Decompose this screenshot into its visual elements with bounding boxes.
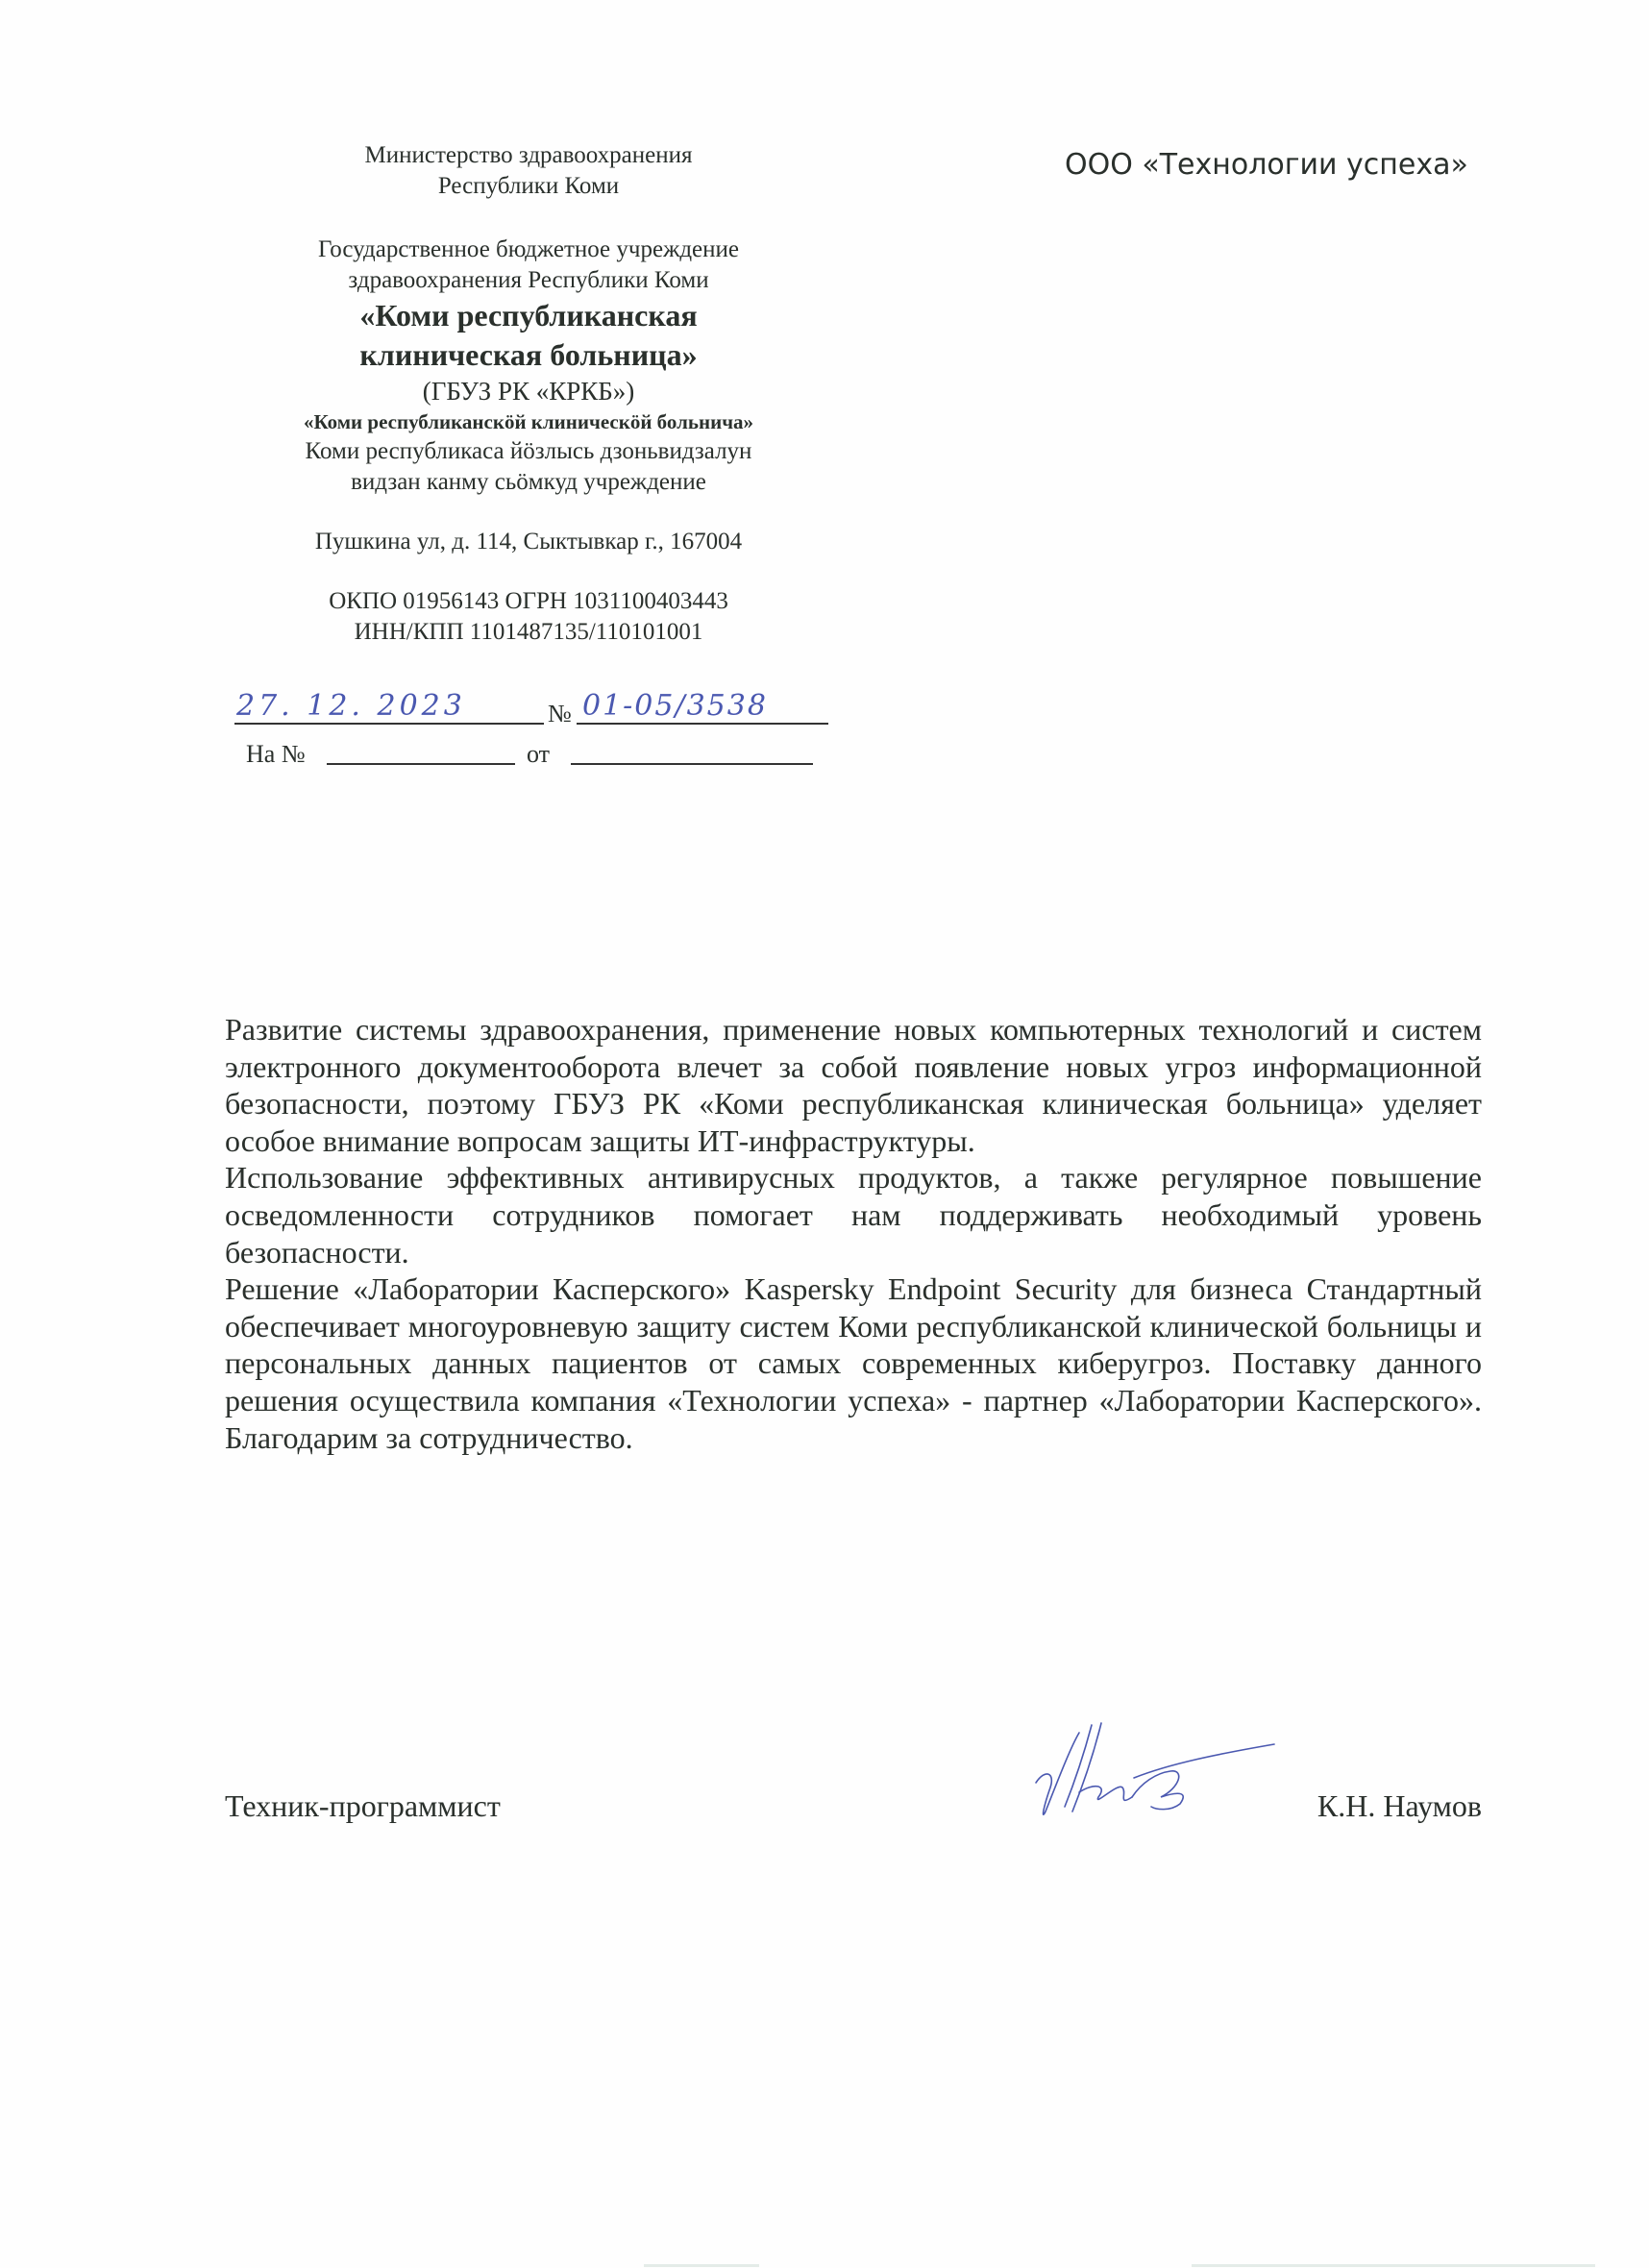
letterhead: Министерство здравоохранения Республики … — [229, 140, 828, 648]
addressee: ООО «Технологии успеха» — [1065, 146, 1468, 185]
from-field — [571, 725, 813, 765]
handwritten-signature-icon — [1026, 1715, 1286, 1831]
institution-name-line-2: клиническая больница» — [229, 335, 828, 375]
komi-institution-name: «Коми республиканскӧй клиническӧй больни… — [229, 407, 828, 436]
institution-name-line-1: «Коми республиканская — [229, 296, 828, 335]
handwritten-number: 01-05/3538 — [582, 689, 768, 723]
institution-abbreviation: (ГБУЗ РК «КРКБ») — [229, 375, 828, 407]
codes-line-2: ИНН/КПП 1101487135/110101001 — [229, 617, 828, 648]
number-field: 01-05/3538 — [577, 684, 828, 725]
signer-position: Техник-программист — [225, 1787, 501, 1824]
ministry-line-2: Республики Коми — [229, 171, 828, 202]
codes-line-1: ОКПО 01956143 ОГРН 1031100403443 — [229, 586, 828, 617]
komi-line-2: видзан канму сьӧмкуд учреждение — [229, 467, 828, 498]
reply-to-label: На № — [246, 740, 306, 769]
letter-body: Развитие системы здравоохранения, примен… — [225, 1011, 1482, 1456]
signer-name: К.Н. Наумов — [1317, 1787, 1482, 1824]
reply-to-field — [327, 725, 515, 765]
number-label: № — [548, 700, 572, 728]
scan-artifact — [1192, 2264, 1595, 2267]
letter-page: Министерство здравоохранения Республики … — [0, 0, 1649, 2268]
institution-line-2: здравоохранения Республики Коми — [229, 265, 828, 296]
address: Пушкина ул, д. 114, Сыктывкар г., 167004 — [229, 527, 828, 557]
handwritten-date: 27. 12. 2023 — [236, 689, 466, 723]
from-label: от — [527, 740, 550, 769]
registration-block: 27. 12. 2023 № 01-05/3538 На № от — [234, 690, 830, 771]
ministry-line-1: Министерство здравоохранения — [229, 140, 828, 171]
komi-line-1: Коми республикаса йӧзлысь дзоньвидзалун — [229, 436, 828, 467]
incoming-row: На № от — [234, 730, 830, 771]
body-paragraph-3: Решение «Лаборатории Касперского» Kasper… — [225, 1270, 1482, 1456]
body-paragraph-2: Использование эффективных антивирусных п… — [225, 1159, 1482, 1270]
institution-line-1: Государственное бюджетное учреждение — [229, 234, 828, 265]
body-paragraph-1: Развитие системы здравоохранения, примен… — [225, 1011, 1482, 1159]
scan-artifact — [644, 2264, 759, 2267]
date-field: 27. 12. 2023 — [234, 684, 544, 725]
